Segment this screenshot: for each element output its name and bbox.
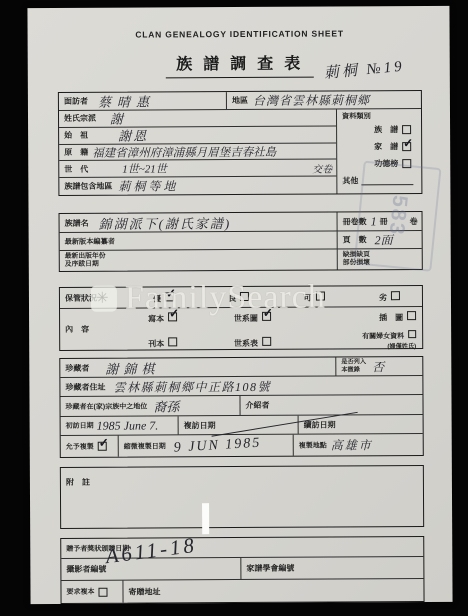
genealogy-name-label: 族譜名: [65, 217, 89, 228]
microfilm-listed-label: 是否列入 本微錄: [341, 359, 366, 375]
table-row: 原 籍 福建省漳州府漳浦縣月眉堡吉春社島: [59, 143, 336, 161]
photographer-number-label: 攝影者編號: [66, 564, 106, 575]
women-data-note: (婦僅姓氏): [362, 343, 416, 351]
introducer-cell: 介紹者: [240, 395, 422, 415]
content-type-label: 內 容: [65, 324, 89, 335]
juan-unit: 卷: [410, 216, 418, 227]
society-number-label: 家譜學會編號: [246, 563, 294, 574]
illustration-checkbox: [407, 311, 416, 320]
english-title: CLAN GENEALOGY IDENTIFICATION SHEET: [58, 28, 422, 40]
content-col: 插 圖 有關婦女資料 (婦僅姓氏): [325, 307, 416, 351]
content-option: 寫本✓: [148, 308, 234, 326]
other-option-label: 其他: [342, 175, 358, 186]
content-option: 插 圖: [379, 307, 416, 325]
volumes-value: 1: [371, 214, 377, 229]
first-visit-cell: 初訪日期 1985 June 7.: [61, 416, 179, 435]
table-row: 最新版本編纂者 頁 數 2面: [60, 231, 422, 251]
ancestor-value: 謝恩: [118, 126, 148, 145]
condition-cell: 保管狀況: [60, 287, 148, 307]
request-copy-cell: 要求複本: [61, 581, 123, 603]
generations-label: 世 代: [64, 164, 88, 175]
condition-content-table: 保管狀況 優✓ 良 可 劣 內 容 寫本✓: [59, 285, 423, 351]
pages-value: 2面: [375, 231, 393, 248]
scanned-document-screen: CLAN GENEALOGY IDENTIFICATION SHEET 族譜調查…: [0, 0, 468, 616]
good-checkbox: [240, 292, 249, 301]
chinese-title: 族譜調查表: [166, 51, 313, 79]
genealogy-name-cell: 族譜名 錦湖派下(謝氏家譜): [60, 212, 338, 231]
copy-permission-checkbox: ✓: [98, 442, 107, 451]
editor-label: 最新版本編纂者: [65, 236, 115, 246]
damage-label: 缺損缺頁 部份損壞: [343, 251, 370, 268]
interviewer-cell: 面訪者 蔡晴惠: [59, 92, 227, 110]
printed-checkbox: [168, 338, 177, 347]
microfilm-listed-cell: 是否列入 本微錄 否: [336, 357, 422, 375]
pages-cell: 頁 數 2面: [338, 231, 422, 248]
volumes-cell: 冊卷數 1 冊 卷: [338, 212, 422, 230]
request-copy-checkbox: [98, 587, 107, 596]
table-row: 姓氏宗派 謝: [59, 109, 336, 127]
content-type-cell: 內 容: [60, 308, 148, 349]
admin-table: 贈予者獎狀頒贈日期 攝影者編號 家譜學會編號 要求複本: [60, 536, 424, 604]
generations-value: 1世~21世: [122, 161, 167, 177]
poor-checkbox: [391, 291, 400, 300]
holder-value: 謝錦棋: [105, 358, 159, 377]
category-label: 資料類別: [342, 111, 417, 121]
society-number-cell: 家譜學會編號: [241, 557, 423, 579]
copy-permission-label: 允予複製: [66, 441, 94, 451]
coverage-cell: 族譜包含地區 莿桐等地: [59, 177, 336, 195]
table-row: 初訪日期 1985 June 7. 複訪日期 續訪日期: [61, 415, 423, 436]
form-content: CLAN GENEALOGY IDENTIFICATION SHEET 族譜調查…: [27, 6, 452, 604]
generations-cell: 世 代 1世~21世 交卷: [59, 160, 336, 177]
table-row: 內 容 寫本✓ 刊本 世系圖✓ 世系表 插 圖: [60, 307, 422, 350]
merit-board-checkbox: [402, 159, 411, 168]
ancestor-cell: 始 祖 謝恩: [59, 126, 336, 143]
notes-box: 附 註: [60, 465, 424, 529]
introducer-label: 介紹者: [245, 400, 269, 411]
holder-position-value: 裔孫: [153, 396, 179, 415]
microfilm-listed-value: 否: [372, 358, 384, 375]
surname-label: 姓氏宗派: [64, 113, 96, 124]
content-option: 有關婦女資料 (婦僅姓氏): [362, 325, 416, 351]
genealogy-name-value: 錦湖派下(謝氏家譜): [99, 213, 232, 233]
table-row: 始 祖 謝恩: [59, 126, 336, 144]
volume-unit: 冊: [380, 216, 388, 227]
publication-label: 最新出版年份 及序跋日期: [65, 252, 106, 269]
region-label: 地區: [232, 95, 248, 106]
origin-cell: 原 籍 福建省漳州府漳浦縣月眉堡吉春社島: [59, 143, 336, 160]
mailing-address-label: 寄贈地址: [128, 586, 160, 597]
genealogy-option-label: 族 譜: [374, 124, 398, 135]
excellent-checkbox: ✓: [165, 292, 174, 301]
category-option: 其他: [342, 172, 417, 189]
content-option: 世系圖✓: [234, 307, 325, 325]
pages-label: 頁 數: [343, 234, 367, 245]
request-copy-label: 要求複本: [66, 587, 94, 597]
holder-position-label: 珍藏者在(家)宗族中之地位: [66, 401, 148, 411]
content-options: 寫本✓ 刊本 世系圖✓ 世系表 插 圖 有關婦女資料 (婦僅姓氏): [148, 303, 422, 354]
table-row: 最新出版年份 及序跋日期 缺損缺頁 部份損壞: [60, 249, 422, 271]
origin-value: 福建省漳州府漳浦縣月眉堡吉春社島: [92, 143, 276, 160]
scan-artifact-tab: [202, 503, 209, 534]
form-paper: CLAN GENEALOGY IDENTIFICATION SHEET 族譜調查…: [27, 6, 452, 604]
lineage-table-checkbox: [262, 337, 271, 346]
family-record-option-label: 家 譜: [374, 141, 398, 152]
copy-place-cell: 複製地點 高雄市: [294, 434, 423, 456]
region-value: 台灣省雲林縣莿桐鄉: [253, 91, 370, 109]
genealogy-checkbox: [402, 125, 411, 134]
merit-board-option-label: 功德榜: [374, 158, 398, 169]
content-col: 寫本✓ 刊本: [148, 308, 234, 352]
surname-cell: 姓氏宗派 謝: [59, 109, 336, 126]
table-row: 允予複製 ✓ 縮微複製日期 9 JUN 1985 複製地點 高雄市: [61, 434, 423, 457]
holder-address-value: 雲林縣莿桐鄉中正路108號: [113, 377, 271, 395]
interviewer-label: 面訪者: [64, 96, 88, 107]
fair-checkbox: [316, 292, 325, 301]
content-col: 世系圖✓ 世系表: [234, 307, 325, 351]
genealogy-name-table: 族譜名 錦湖派下(謝氏家譜) 冊卷數 1 冊 卷 最新版本編纂者: [59, 211, 423, 272]
first-visit-value: 1985 June 7.: [97, 418, 159, 433]
first-visit-label: 初訪日期: [66, 421, 94, 431]
table-row: 要求複本 寄贈地址: [61, 579, 423, 603]
family-record-checkbox: ✓: [402, 142, 411, 151]
copy-place-value: 高雄市: [331, 436, 373, 453]
table-row: 世 代 1世~21世 交卷: [59, 160, 336, 178]
category-cell: 資料類別 族 譜 家 譜 ✓ 功德榜: [337, 109, 421, 193]
ancestor-label: 始 祖: [64, 130, 88, 141]
holder-label: 珍藏者: [65, 362, 89, 373]
content-option: 世系表: [234, 333, 325, 351]
notes-label: 附 註: [66, 478, 90, 487]
holder-address-cell: 珍藏者住址 雲林縣莿桐鄉中正路108號: [60, 376, 422, 396]
editor-cell: 最新版本編纂者: [60, 231, 338, 249]
microfilm-date-label: 縮微複製日期: [124, 441, 166, 451]
table-row: 珍藏者 謝錦棋 是否列入 本微錄 否: [60, 357, 422, 378]
condition-label: 保管狀況: [65, 292, 97, 303]
microfilm-date-cell: 縮微複製日期 9 JUN 1985: [119, 435, 294, 457]
other-underline: [361, 184, 413, 185]
origin-label: 原 籍: [64, 147, 88, 158]
volumes-label: 冊卷數: [343, 216, 367, 227]
mailing-address-cell: 寄贈地址: [123, 579, 423, 603]
category-option: 功德榜: [342, 155, 417, 172]
copy-permission-cell: 允予複製 ✓: [61, 436, 119, 457]
women-data-checkbox: [408, 330, 416, 338]
table-row: 面訪者 蔡晴惠 地區 台灣省雲林縣莿桐鄉: [59, 91, 421, 111]
publication-cell: 最新出版年份 及序跋日期: [60, 249, 338, 270]
table-row: 族譜包含地區 莿桐等地: [59, 177, 336, 195]
holder-table: 珍藏者 謝錦棋 是否列入 本微錄 否 珍藏者住址 雲林縣莿桐鄉中正路10: [59, 356, 424, 458]
basic-info-table: 面訪者 蔡晴惠 地區 台灣省雲林縣莿桐鄉 姓氏宗派 謝: [58, 90, 423, 196]
table-row: 族譜名 錦湖派下(謝氏家譜) 冊卷數 1 冊 卷: [60, 212, 422, 233]
copy-place-label: 複製地點: [299, 440, 327, 450]
second-visit-label: 複訪日期: [184, 420, 216, 431]
lineage-chart-checkbox: ✓: [262, 311, 271, 320]
content-option: 刊本: [148, 333, 234, 351]
generations-note: 交卷: [312, 160, 332, 175]
holder-address-label: 珍藏者住址: [65, 381, 105, 392]
table-row: 姓氏宗派 謝 始 祖 謝恩 原 籍: [59, 109, 421, 195]
holder-cell: 珍藏者 謝錦棋: [60, 357, 336, 376]
left-rows: 姓氏宗派 謝 始 祖 謝恩 原 籍: [59, 109, 337, 194]
category-option: 家 譜 ✓: [342, 138, 417, 155]
region-cell: 地區 台灣省雲林縣莿桐鄉: [227, 91, 421, 109]
damage-cell: 缺損缺頁 部份損壞: [338, 249, 422, 269]
coverage-label: 族譜包含地區: [64, 181, 112, 192]
interviewer-value: 蔡晴惠: [98, 91, 155, 110]
manuscript-checkbox: ✓: [168, 312, 177, 321]
table-row: 珍藏者住址 雲林縣莿桐鄉中正路108號: [60, 376, 422, 397]
microfilm-date-value: 9 JUN 1985: [173, 435, 261, 456]
holder-position-cell: 珍藏者在(家)宗族中之地位 裔孫: [60, 396, 240, 416]
table-row: 珍藏者在(家)宗族中之地位 裔孫 介紹者: [60, 395, 422, 417]
coverage-value: 莿桐等地: [118, 177, 178, 194]
